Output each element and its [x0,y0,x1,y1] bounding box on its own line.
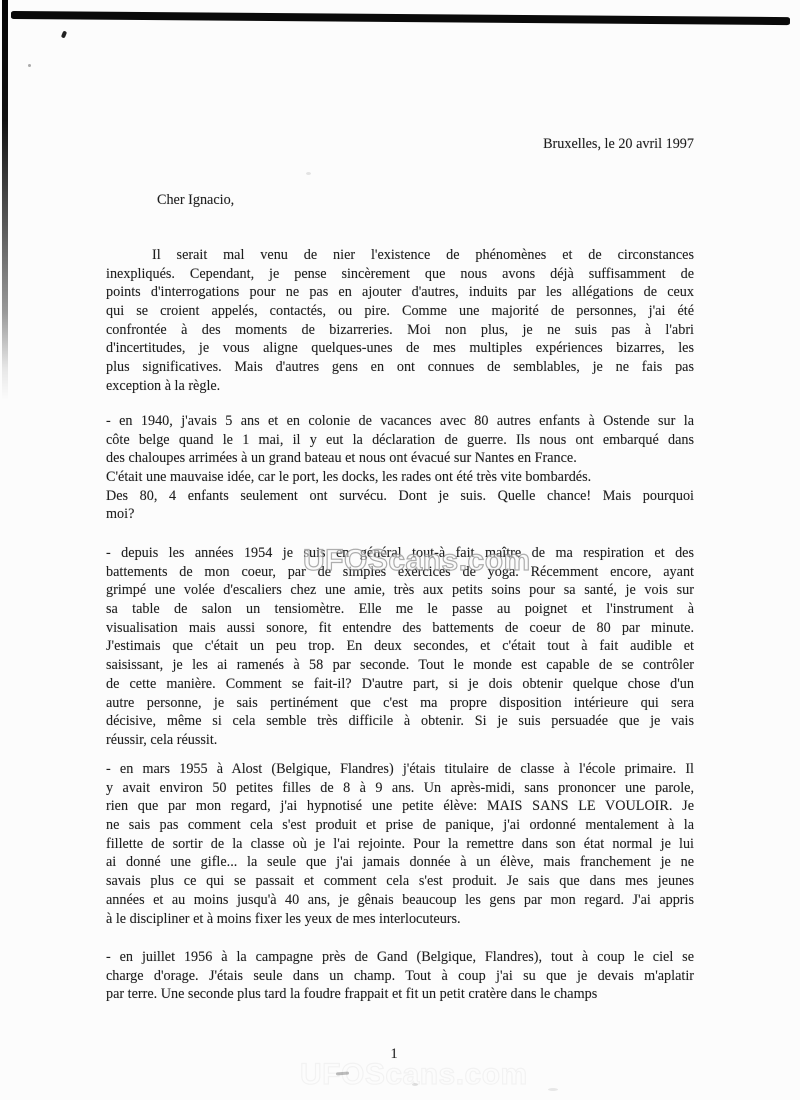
letter-line: côte belge quand le 1 mai, il y eut la d… [106,431,694,450]
letter-line: inexpliqués. Cependant, je pense sincère… [106,265,694,284]
letter-paragraph-intro: Il serait mal venu de nier l'existence d… [106,246,694,396]
watermark-bottom-ghost: UFOScans.com [300,1058,528,1092]
letter-line: à le discipliner et à moins fixer les ye… [106,910,694,929]
letter-line: années et au moins jusqu'à 40 ans, je gê… [106,891,694,910]
letter-line: y avait environ 50 petites filles de 8 à… [106,779,694,798]
letter-line: savais plus ce qui se passait et comment… [106,872,694,891]
letter-dateline: Bruxelles, le 20 avril 1997 [106,136,696,153]
letter-line: Il serait mal venu de nier l'existence d… [106,246,694,265]
scan-speck [306,172,311,175]
letter-line: fillette de sortir de la classe où je l'… [106,835,694,854]
letter-line: sa table de salon un tensiomètre. Elle m… [106,600,694,619]
letter-paragraph-1940: - en 1940, j'avais 5 ans et en colonie d… [106,412,694,524]
letter-line: J'estimais que c'était un peu trop. En d… [106,637,694,656]
letter-line: ne sais pas comment cela s'est produit e… [106,816,694,835]
letter-line: décisive, même si cela semble très diffi… [106,712,694,731]
letter-line: qui se croient appelés, contactés, ou pi… [106,302,694,321]
letter-line: C'était une mauvaise idée, car le port, … [106,468,694,487]
letter-line: rien que par mon regard, j'ai hypnotisé … [106,797,694,816]
letter-paragraph-1955: - en mars 1955 à Alost (Belgique, Flandr… [106,760,694,928]
letter-line: Des 80, 4 enfants seulement ont survécu.… [106,487,694,506]
letter-line: autre personne, je sais pertinément que … [106,694,694,713]
scan-speck [61,31,67,39]
letter-salutation: Cher Ignacio, [157,192,457,209]
letter-line: charge d'orage. J'étais seule dans un ch… [106,967,694,986]
letter-line: - en juillet 1956 à la campagne près de … [106,948,694,967]
letter-line: - en 1940, j'avais 5 ans et en colonie d… [106,412,694,431]
letter-line: moi? [106,505,694,524]
letter-line: points d'interrogations pour ne pas en a… [106,283,694,302]
watermark-center: UFOScans.com [303,544,531,578]
letter-line: ai donné une gifle... la seule que j'ai … [106,853,694,872]
letter-line: saisissant, je les ai ramenés à 58 par s… [106,656,694,675]
letter-line: visualisation mais aussi sonore, fit ent… [106,619,694,638]
letter-line: des chaloupes arrimées à un grand bateau… [106,449,694,468]
letter-line: plus significatives. Mais d'autres gens … [106,358,694,377]
letter-line: exception à la règle. [106,377,694,396]
letter-line: réussir, cela réussit. [106,731,694,750]
letter-line: par terre. Une seconde plus tard la foud… [106,985,694,1004]
scan-smudge [548,1088,558,1091]
scan-speck [28,64,31,67]
scan-border-top [11,11,790,25]
letter-line: de cette manière. Comment se fait-il? D'… [106,675,694,694]
letter-paragraph-1956: - en juillet 1956 à la campagne près de … [106,948,694,1004]
letter-line: confrontée à des moments de bizarreries.… [106,321,694,340]
letter-line: d'incertitudes, je vous aligne quelques-… [106,339,694,358]
letter-line: - en mars 1955 à Alost (Belgique, Flandr… [106,760,694,779]
letter-line: grimpé une volée d'escaliers chez une am… [106,581,694,600]
scanned-letter-page: Bruxelles, le 20 avril 1997 Cher Ignacio… [0,0,800,1100]
scan-border-left [2,0,8,400]
